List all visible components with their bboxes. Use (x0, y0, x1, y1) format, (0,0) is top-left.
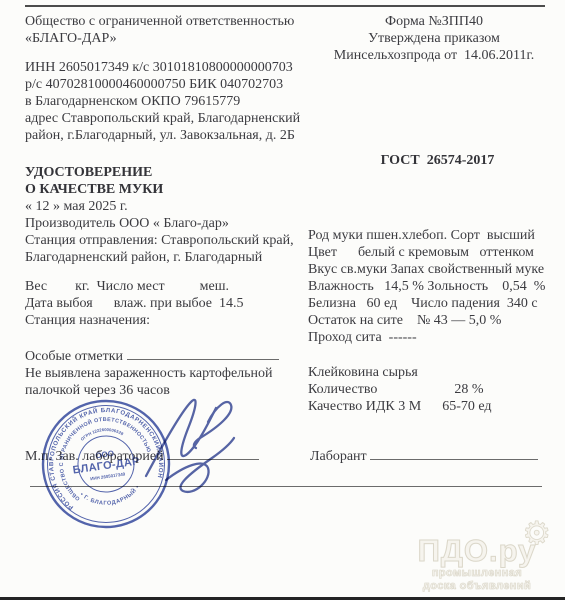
quality-line: Влажность 14,5 % Зольность 0,54 % (308, 278, 560, 295)
signature-strokes (136, 394, 268, 512)
form-number: Форма №ЗПП40 (318, 13, 550, 30)
requisite-line: адрес Ставропольский край, Благодарненск… (25, 110, 325, 127)
quality-line: Белизна 60 ед Число падения 340 с (308, 295, 560, 312)
form-approved-line: Утверждена приказом (318, 30, 550, 47)
special-marks-line: Не выявлена зараженность картофельной (25, 365, 325, 382)
requisite-line: ИНН 2605017349 к/с 30101810800000000703 (25, 59, 325, 76)
special-marks-section: Особые отметки Не выявлена зараженность … (25, 347, 325, 399)
gost-number: ГОСТ 26574-2017 (330, 152, 545, 169)
special-marks-label-line: Особые отметки (25, 347, 325, 365)
special-marks-blank-line (127, 347, 279, 360)
quality-line: Род муки пшен.хлебоп. Сорт высший (308, 227, 560, 244)
gluten-line: Количество 28 % (308, 381, 558, 398)
gluten-line: Качество ИДК 3 М 65-70 ед (308, 398, 558, 415)
requisite-line: р/с 40702810000460000750 БИК 040702703 (25, 76, 325, 93)
form-reference: Форма №ЗПП40 Утверждена приказом Минсель… (318, 13, 550, 64)
scanned-certificate-page: Общество с ограниченной ответственностью… (0, 0, 565, 600)
org-header: Общество с ограниченной ответственностью… (25, 13, 315, 47)
shipment-line: Вес кг. Число мест меш. (25, 278, 315, 295)
gear-icon: ⚙ (522, 517, 551, 549)
handwritten-signature (136, 394, 268, 512)
departure-station-line: Станция отправления: Ставропольский край… (25, 232, 320, 249)
watermark-subtitle: промышленная (401, 568, 553, 579)
quality-line: Вкус св.муки Запах свойственный муке (308, 261, 560, 278)
gost-reference: ГОСТ 26574-2017 (330, 152, 545, 169)
top-rule (25, 5, 545, 7)
gluten-line: Клейковина сырья (308, 364, 558, 381)
departure-station-line: Благодарненский район, г. Благодарный (25, 249, 320, 266)
quality-line: Цвет белый с кремовым оттенком (308, 244, 560, 261)
svg-text:• Г. БЛАГОДАРНЫЙ •: • Г. БЛАГОДАРНЫЙ • (78, 484, 143, 511)
lab-assistant-label-line: Лаборант (310, 447, 560, 465)
title-line: О КАЧЕСТВЕ МУКИ (25, 181, 285, 198)
shipment-section: Вес кг. Число мест меш. Дата выбоя влаж.… (25, 278, 315, 329)
producer-line: Производитель ООО « Благо-дар» (25, 215, 320, 232)
producer-section: « 12 » мая 2025 г. Производитель ООО « Б… (25, 198, 320, 266)
org-name-line: «БЛАГО-ДАР» (25, 30, 315, 47)
special-marks-label: Особые отметки (25, 349, 127, 364)
title-line: УДОСТОВЕРЕНИЕ (25, 164, 285, 181)
requisite-line: район, г.Благодарный, ул. Завокзальная, … (25, 127, 325, 144)
form-approved-date: Минсельхозпрода от 14.06.2011г. (318, 47, 550, 64)
gluten-section: Клейковина сырья Количество 28 % Качеств… (308, 364, 558, 415)
document-date: « 12 » мая 2025 г. (25, 198, 320, 215)
right-signature-block: Лаборант (310, 447, 560, 465)
org-name-line: Общество с ограниченной ответственностью (25, 13, 315, 30)
quality-section: Род муки пшен.хлебоп. Сорт высший Цвет б… (308, 227, 560, 346)
shipment-line: Станция назначения: (25, 312, 315, 329)
lab-assistant-signature-line (370, 447, 538, 460)
stamp-city-text: • Г. БЛАГОДАРНЫЙ • (78, 484, 143, 511)
document-title: УДОСТОВЕРЕНИЕ О КАЧЕСТВЕ МУКИ (25, 164, 285, 198)
watermark-pdo: ⚙ ПДО.ру промышленная доска объявлений (401, 535, 553, 592)
lab-assistant-label: Лаборант (310, 449, 370, 464)
requisite-line: в Благодарненском ОКПО 79615779 (25, 93, 325, 110)
org-requisites: ИНН 2605017349 к/с 30101810800000000703 … (25, 59, 325, 144)
shipment-line: Дата выбоя влаж. при выбое 14.5 (25, 295, 315, 312)
watermark-subtitle: доска объявлений (401, 581, 553, 592)
quality-line: Проход сита ------ (308, 329, 560, 346)
quality-line: Остаток на сите № 43 — 5,0 % (308, 312, 560, 329)
